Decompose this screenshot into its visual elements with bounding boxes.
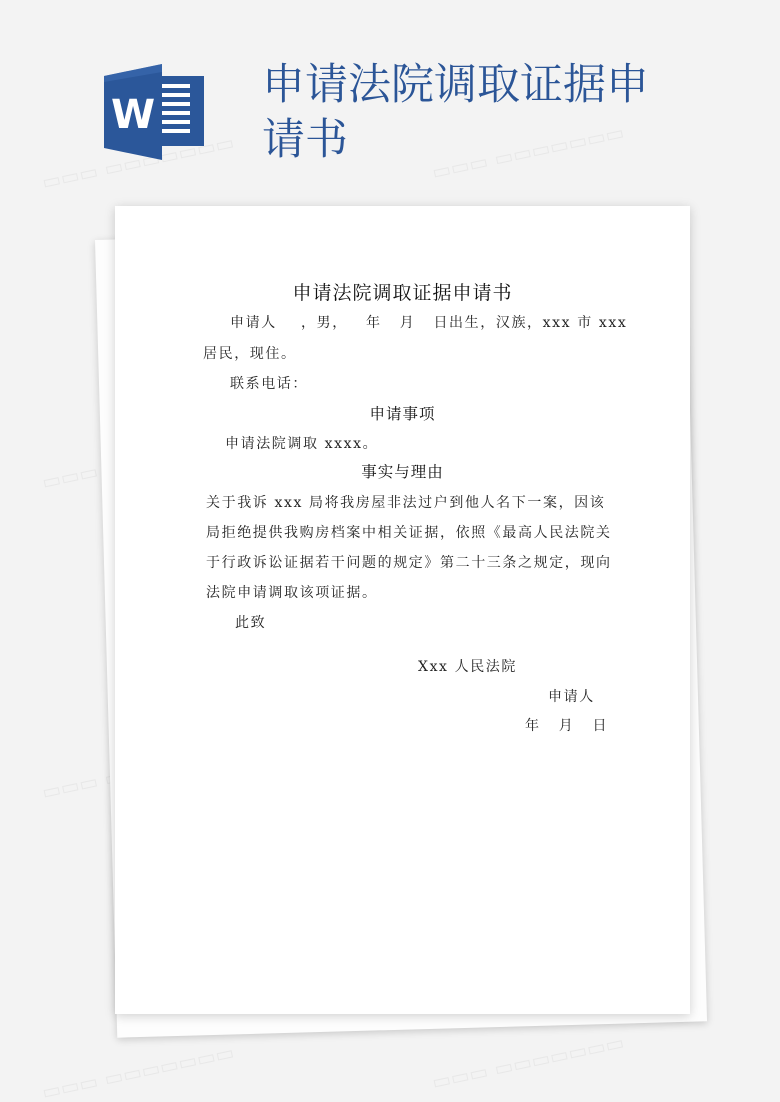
request-text: 申请法院调取 xxxx。 (225, 433, 378, 453)
date-line: 年 月 日 (525, 715, 608, 735)
facts-line: 于行政诉讼证据若干问题的规定》第二十三条之规定，现向 (206, 552, 612, 572)
document-title: 申请法院调取证据申请书 (115, 278, 690, 305)
facts-line: 关于我诉 xxx 局将我房屋非法过户到他人名下一案，因该 (206, 492, 605, 512)
word-icon: W (104, 62, 208, 162)
document-page: 申请法院调取证据申请书 申请人 ，男， 年 月 日出生，汉族，xxx 市 xxx… (115, 206, 690, 1014)
section-heading-facts: 事实与理由 (115, 460, 690, 482)
watermark: ▭▭▭ ▭▭▭▭▭▭▭ (430, 1030, 627, 1094)
svg-text:W: W (111, 92, 155, 138)
document-body: 申请法院调取证据申请书 申请人 ，男， 年 月 日出生，汉族，xxx 市 xxx… (115, 206, 690, 1014)
court-name: Xxx 人民法院 (418, 656, 517, 676)
signature-label: 申请人 (548, 686, 595, 706)
applicant-line-2: 居民，现住。 (203, 343, 297, 363)
closing-text: 此致 (235, 612, 266, 632)
facts-line: 局拒绝提供我购房档案中相关证据，依照《最高人民法院关 (206, 522, 612, 542)
facts-line: 法院申请调取该项证据。 (206, 582, 378, 602)
contact-line: 联系电话： (230, 373, 308, 393)
section-heading-request: 申请事项 (115, 402, 690, 424)
watermark: ▭▭▭ ▭▭▭▭▭▭▭ (40, 1040, 237, 1102)
applicant-line-1: 申请人 ，男， 年 月 日出生，汉族，xxx 市 xxx (230, 312, 627, 332)
header-title: 申请法院调取证据申请书 (262, 58, 682, 168)
